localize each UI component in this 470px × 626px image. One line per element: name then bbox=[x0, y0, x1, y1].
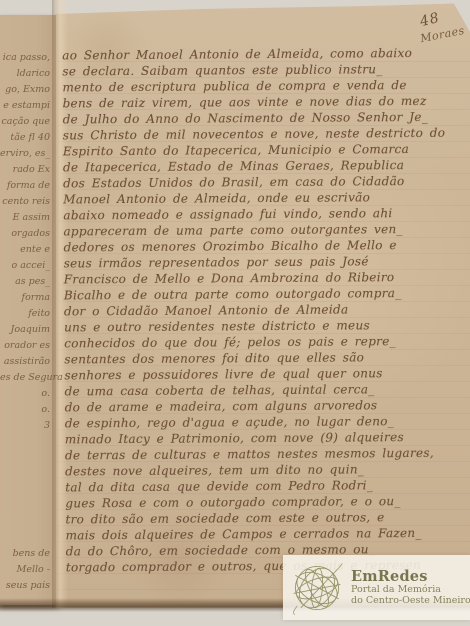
watermark-subtitle-1: Portal da Memória bbox=[351, 584, 470, 595]
margin-fragment-line bbox=[0, 530, 50, 546]
margin-fragment-line: feito bbox=[0, 306, 50, 322]
manuscript-line: mais dois alqueires de Campos e cerrados… bbox=[66, 525, 470, 544]
margin-fragment-line: tãe fl 40 bbox=[0, 130, 50, 146]
margin-fragment-line bbox=[0, 514, 50, 530]
archive-watermark: EmRedes Portal da Memória do Centro-Oest… bbox=[283, 555, 470, 620]
scanned-manuscript-page: 48 Moraes ica passo,ldaricogo, Exmoe est… bbox=[0, 0, 470, 626]
margin-fragment-line bbox=[0, 498, 50, 514]
margin-fragment-line: assistirão bbox=[0, 354, 50, 370]
manuscript-line: Espirito Santo do Itapecerica, Municipio… bbox=[63, 141, 467, 160]
margin-fragment-line: bens de bbox=[0, 546, 50, 562]
margin-fragment-line: seus pais bbox=[0, 578, 50, 594]
margin-fragment-line: as pes_ bbox=[0, 274, 50, 290]
margin-fragment-line: go, Exmo bbox=[0, 82, 50, 98]
watermark-title: EmRedes bbox=[351, 569, 470, 584]
margin-fragment-line: Joaquim bbox=[0, 322, 50, 338]
margin-fragment-line: cação que bbox=[0, 114, 50, 130]
watermark-subtitle-2: do Centro-Oeste Mineiro bbox=[351, 595, 470, 606]
margin-fragment-line: ente e bbox=[0, 242, 50, 258]
margin-fragment-line: Mello - bbox=[0, 562, 50, 578]
manuscript-line: de terras de culturas e mattos nestes me… bbox=[65, 445, 469, 464]
margin-fragment-line: orgados bbox=[0, 226, 50, 242]
margin-fragment-line: forma de bbox=[0, 178, 50, 194]
margin-fragment-line: cento reis bbox=[0, 194, 50, 210]
emredes-globe-icon bbox=[290, 561, 344, 615]
margin-fragment-line: e estampi bbox=[0, 98, 50, 114]
margin-fragment-line: 3 bbox=[0, 418, 50, 434]
watermark-text-block: EmRedes Portal da Memória do Centro-Oest… bbox=[351, 569, 470, 606]
margin-fragment-line: o accei_ bbox=[0, 258, 50, 274]
margin-fragment-line: rado Ex bbox=[0, 162, 50, 178]
margin-fragment-line: ldarico bbox=[0, 66, 50, 82]
margin-fragment-line bbox=[0, 466, 50, 482]
margin-fragment-line: ica passo, bbox=[0, 50, 50, 66]
margin-fragment-line: o. bbox=[0, 402, 50, 418]
margin-fragment-line bbox=[0, 434, 50, 450]
margin-fragment-line: erviro, es_ bbox=[0, 146, 50, 162]
manuscript-line: ao Senhor Manoel Antonio de Almeida, com… bbox=[62, 45, 466, 64]
margin-fragments-column: ica passo,ldaricogo, Exmoe estampicação … bbox=[0, 50, 50, 594]
margin-fragment-line: o. bbox=[0, 386, 50, 402]
margin-fragment-line: E assim bbox=[0, 210, 50, 226]
manuscript-text: ao Senhor Manoel Antonio de Almeida, com… bbox=[62, 45, 470, 576]
margin-fragment-line: es de Segura bbox=[0, 370, 50, 386]
margin-fragment-line: forma bbox=[0, 290, 50, 306]
margin-fragment-line bbox=[0, 450, 50, 466]
margin-fragment-line: orador es bbox=[0, 338, 50, 354]
margin-fragment-line bbox=[0, 482, 50, 498]
